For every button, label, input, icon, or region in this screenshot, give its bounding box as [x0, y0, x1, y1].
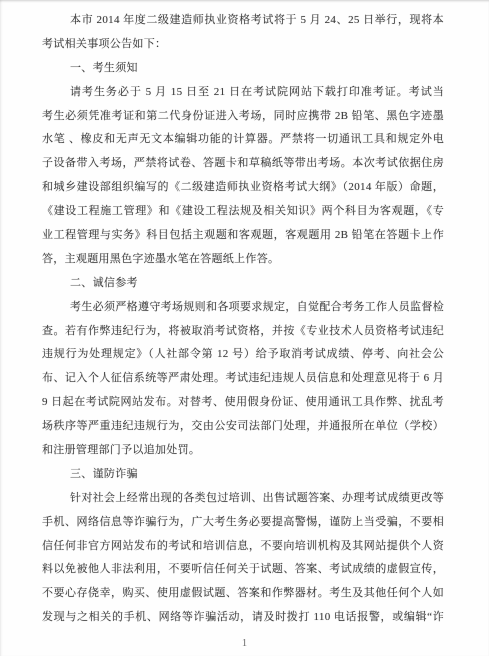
document-page: 本市 2014 年度二级建造师执业资格考试将于 5 月 24、25 日举行，现将…	[0, 0, 489, 656]
body-text-line: 查。若有作弊违纪行为，将被取消考试资格，并按《专业技术人员资格考试违纪	[42, 320, 444, 344]
body-text-line: 不要心存侥幸，购买、使用虚假试题、答案和作弊器材。考生及其他任何个人如	[42, 582, 444, 606]
body-text-line: 场秩序等严重违纪违规行为，交由公安司法部门处理，并通报所在单位（学校）	[42, 415, 444, 439]
section-heading: 二、诚信参考	[42, 272, 444, 296]
body-text-line: 水笔 、橡皮和无声无文本编辑功能的计算器。严禁将一切通讯工具和规定外电	[42, 128, 444, 152]
body-text-line: 《建设工程施工管理》和《建设工程法规及相关知识》两个科目为客观题，《专	[42, 200, 444, 224]
body-text-line: 考试相关事项公告如下：	[42, 33, 444, 57]
body-text-line: 请考生务必于 5 月 15 日至 21 日在考试院网站下载打印准考证。考试当天，	[42, 81, 444, 105]
body-text-line: 违规行为处理规定》（人社部令第 12 号）给予取消考试成绩、停考、向社会公	[42, 343, 444, 367]
body-text-line: 和城乡建设部组织编写的《二级建造师执业资格考试大纲》（2014 年版）命题，	[42, 176, 444, 200]
body-text-line: 和注册管理部门予以追加处罚。	[42, 439, 444, 463]
section-heading: 一、考生须知	[42, 57, 444, 81]
body-text-line: 料以免被他人非法利用，不要听信任何关于试题、答案、考试成绩的虚假宣传，	[42, 558, 444, 582]
page-number: 1	[0, 638, 489, 649]
body-text-line: 考生必须严格遵守考场规则和各项要求规定，自觉配合考务工作人员监督检	[42, 296, 444, 320]
body-text-line: 针对社会上经常出现的各类包过培训、出售试题答案、办理考试成绩更改等	[42, 487, 444, 511]
body-text-line: 子设备带入考场，严禁将试卷、答题卡和草稿纸等带出考场。本次考试依据住房	[42, 152, 444, 176]
body-text-line: 考生必须凭准考证和第二代身份证进入考场，同时应携带 2B 铅笔、黑色字迹墨	[42, 105, 444, 129]
body-text-line: 业工程管理与实务》科目包括主观题和客观题，客观题用 2B 铅笔在答题卡上作	[42, 224, 444, 248]
body-text-line: 答，主观题用黑色字迹墨水笔在答题纸上作答。	[42, 248, 444, 272]
document-body: 本市 2014 年度二级建造师执业资格考试将于 5 月 24、25 日举行，现将…	[42, 9, 444, 630]
body-text-line: 发现与之相关的手机、网络等诈骗活动，请及时拨打 110 电话报警，或编辑“诈	[42, 606, 444, 630]
body-text-line: 手机、网络信息等诈骗行为，广大考生务必要提高警惕，谨防上当受骗，不要相	[42, 511, 444, 535]
body-text-line: 信任何非官方网站发布的考试和培训信息，不要向培训机构及其网站提供个人资	[42, 535, 444, 559]
body-text-line: 布、记入个人征信系统等严肃处理。考试违纪违规人员信息和处理意见将于 6 月	[42, 367, 444, 391]
section-heading: 三、谨防诈骗	[42, 463, 444, 487]
body-text-line: 9 日起在考试院网站发布。对替考、使用假身份证、使用通讯工具作弊、扰乱考	[42, 391, 444, 415]
body-text-line: 本市 2014 年度二级建造师执业资格考试将于 5 月 24、25 日举行，现将…	[42, 9, 444, 33]
